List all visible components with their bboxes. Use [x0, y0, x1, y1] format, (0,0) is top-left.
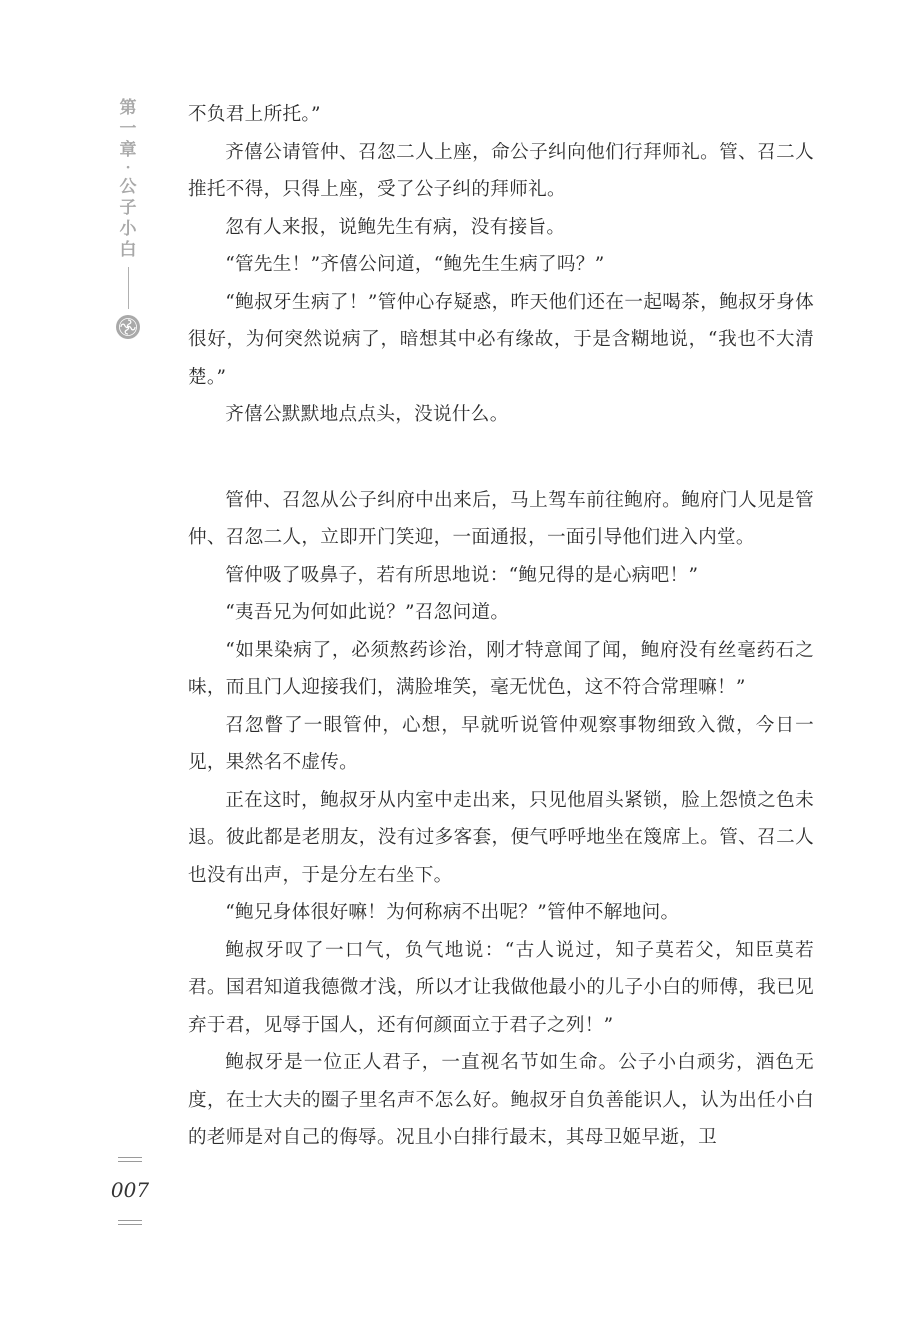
- paragraph: “鲍叔牙生病了！”管仲心存疑惑，昨天他们还在一起喝茶，鲍叔牙身体很好，为何突然说…: [188, 284, 814, 397]
- chapter-char: 公: [120, 177, 137, 198]
- paragraph: 齐僖公默默地点点头，没说什么。: [188, 396, 814, 434]
- paragraph: 忽有人来报，说鲍先生有病，没有接旨。: [188, 209, 814, 247]
- page-number-rule-bottom: [118, 1220, 142, 1225]
- chapter-char: 子: [120, 198, 137, 219]
- section-1: 不负君上所托。” 齐僖公请管仲、召忽二人上座，命公子纠向他们行拜师礼。管、召二人…: [188, 96, 814, 434]
- paragraph: 管仲吸了吸鼻子，若有所思地说：“鲍兄得的是心病吧！”: [188, 557, 814, 595]
- page-footer: 007: [112, 1157, 148, 1225]
- paragraph: 正在这时，鲍叔牙从内室中走出来，只见他眉头紧锁，脸上怨愤之色未退。彼此都是老朋友…: [188, 782, 814, 895]
- body-text: 不负君上所托。” 齐僖公请管仲、召忽二人上座，命公子纠向他们行拜师礼。管、召二人…: [188, 96, 814, 1157]
- section-break: [188, 434, 814, 482]
- chapter-char: 第: [120, 98, 137, 119]
- paragraph: “管先生！”齐僖公问道，“鲍先生生病了吗？”: [188, 246, 814, 284]
- paragraph: “夷吾兄为何如此说？”召忽问道。: [188, 594, 814, 632]
- page-number: 007: [111, 1178, 149, 1202]
- paragraph: “如果染病了，必须熬药诊治，刚才特意闻了闻，鲍府没有丝毫药石之味，而且门人迎接我…: [188, 632, 814, 707]
- paragraph: 召忽瞥了一眼管仲，心想，早就听说管仲观察事物细致入微，今日一见，果然名不虚传。: [188, 707, 814, 782]
- section-2: 管仲、召忽从公子纠府中出来后，马上驾车前往鲍府。鲍府门人见是管仲、召忽二人，立即…: [188, 482, 814, 1157]
- swirl-medallion-icon: [116, 315, 140, 339]
- page-number-rule-top: [118, 1157, 142, 1162]
- paragraph: 管仲、召忽从公子纠府中出来后，马上驾车前往鲍府。鲍府门人见是管仲、召忽二人，立即…: [188, 482, 814, 557]
- chapter-char: 章: [120, 140, 137, 161]
- chapter-char: 小: [120, 219, 137, 240]
- chapter-separator-dot: ·: [126, 161, 131, 177]
- paragraph: 齐僖公请管仲、召忽二人上座，命公子纠向他们行拜师礼。管、召二人推托不得，只得上座…: [188, 134, 814, 209]
- running-chapter-header: 第 一 章 · 公 子 小 白: [113, 98, 143, 339]
- paragraph: “鲍兄身体很好嘛！为何称病不出呢？”管仲不解地问。: [188, 894, 814, 932]
- paragraph: 鲍叔牙叹了一口气，负气地说：“古人说过，知子莫若父，知臣莫若君。国君知道我德微才…: [188, 932, 814, 1045]
- header-vertical-rule: [128, 267, 129, 309]
- chapter-char: 白: [120, 240, 137, 261]
- paragraph: 不负君上所托。”: [188, 96, 814, 134]
- chapter-char: 一: [120, 119, 137, 140]
- paragraph: 鲍叔牙是一位正人君子，一直视名节如生命。公子小白顽劣，酒色无度，在士大夫的圈子里…: [188, 1044, 814, 1157]
